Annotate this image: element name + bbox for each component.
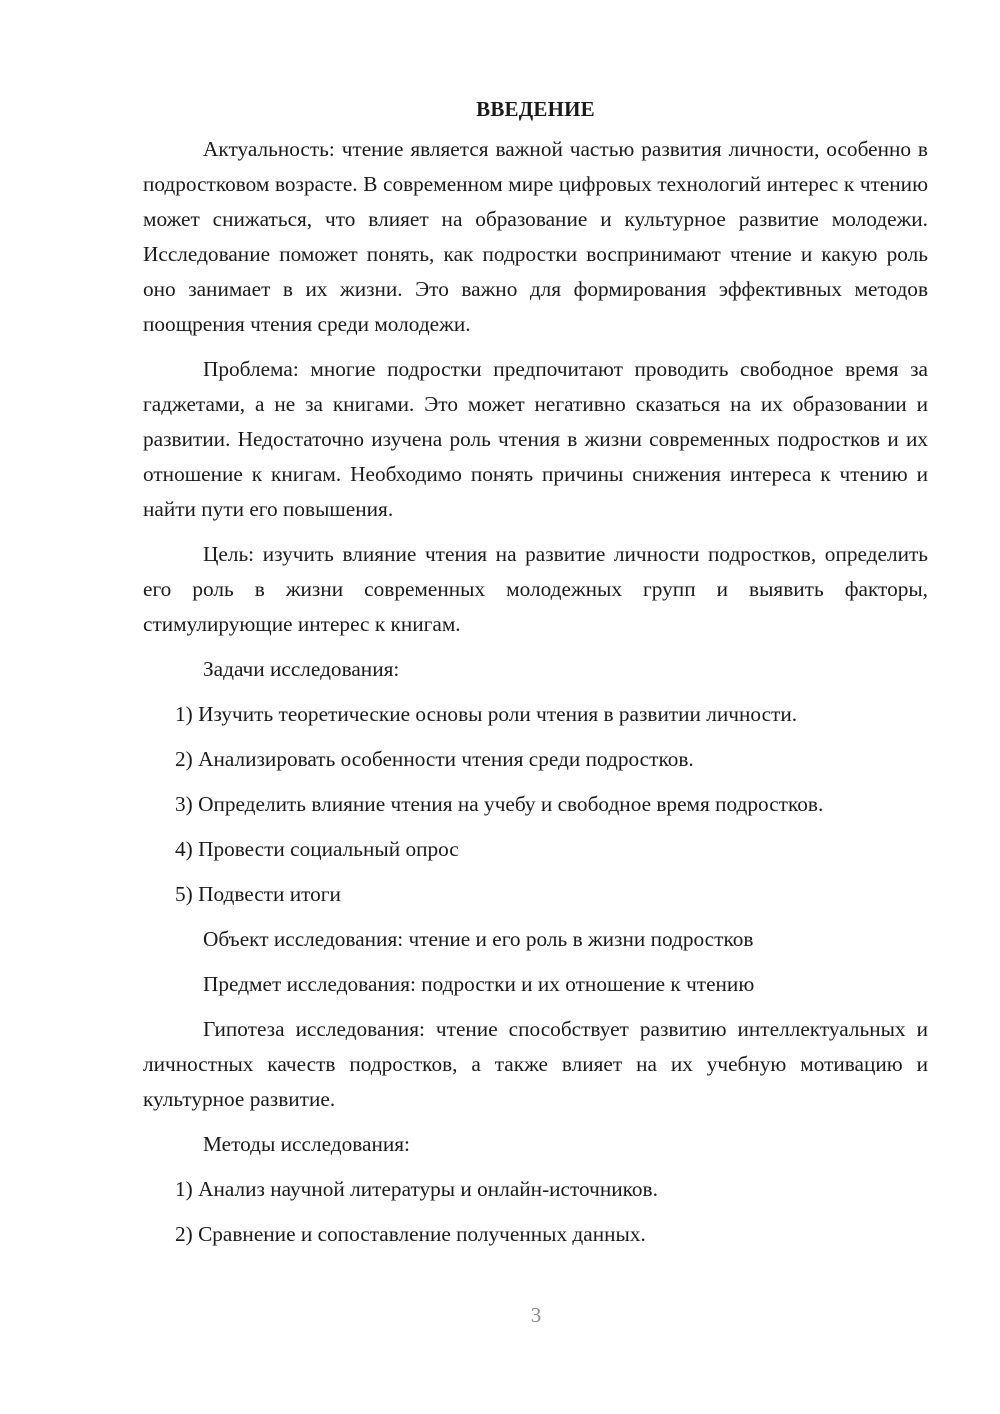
methods-heading: Методы исследования: — [143, 1127, 928, 1162]
task-item: 1) Изучить теоретические основы роли чте… — [143, 697, 928, 732]
problem-paragraph: Проблема: многие подростки предпочитают … — [143, 352, 928, 527]
methods-list: 1) Анализ научной литературы и онлайн-ис… — [143, 1172, 928, 1252]
method-item: 1) Анализ научной литературы и онлайн-ис… — [143, 1172, 928, 1207]
method-item: 2) Сравнение и сопоставление полученных … — [143, 1217, 928, 1252]
hypothesis-paragraph: Гипотеза исследования: чтение способству… — [143, 1012, 928, 1117]
task-item: 5) Подвести итоги — [143, 877, 928, 912]
research-object: Объект исследования: чтение и его роль в… — [143, 922, 928, 957]
research-subject: Предмет исследования: подростки и их отн… — [143, 967, 928, 1002]
task-item: 3) Определить влияние чтения на учебу и … — [143, 787, 928, 822]
section-title: ВВЕДЕНИЕ — [143, 92, 928, 127]
relevance-paragraph: Актуальность: чтение является важной час… — [143, 132, 928, 342]
tasks-list: 1) Изучить теоретические основы роли чте… — [143, 697, 928, 912]
goal-paragraph: Цель: изучить влияние чтения на развитие… — [143, 537, 928, 642]
document-page: ВВЕДЕНИЕ Актуальность: чтение является в… — [143, 92, 928, 1262]
task-item: 2) Анализировать особенности чтения сред… — [143, 742, 928, 777]
task-item: 4) Провести социальный опрос — [143, 832, 928, 867]
tasks-heading: Задачи исследования: — [143, 652, 928, 687]
page-number: 3 — [0, 1303, 1000, 1328]
